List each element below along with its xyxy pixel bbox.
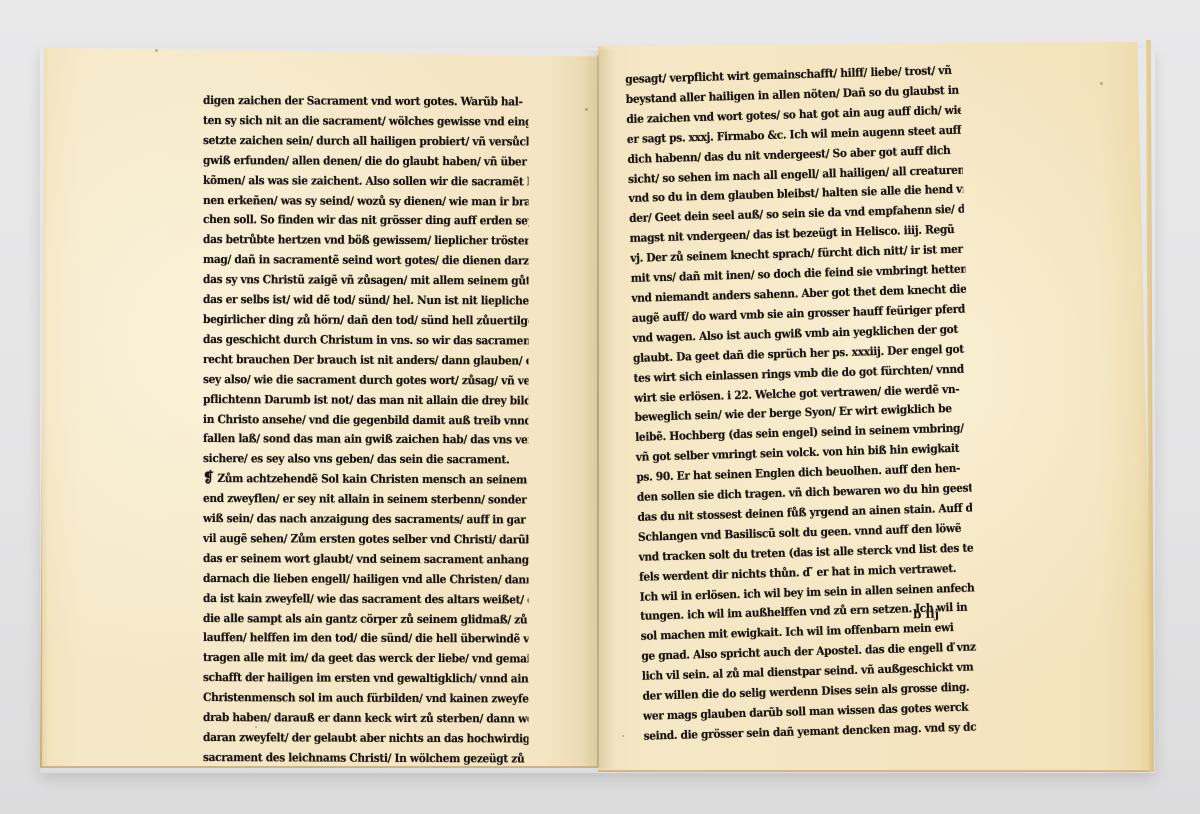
text-line: mag/ dañ in sacramentẽ seind wort gotes/… — [203, 250, 529, 271]
right-page-text: gesagt/ verpflicht wirt gemainschafft/ h… — [625, 61, 979, 747]
text-line: das geschicht durch Christum in vns. so … — [203, 330, 529, 351]
text-line: die alle sampt als ain gantz cörper zů s… — [203, 609, 529, 630]
text-line: lauffen/ helffen im den tod/ die sünd/ d… — [203, 628, 529, 649]
text-line: begirlicher ding zů hörn/ dañ den tod/ s… — [203, 310, 529, 331]
paper-speck — [622, 735, 624, 737]
text-line: chen soll. So finden wir das nit grösser… — [203, 210, 529, 231]
text-line: setzte zaichen sein/ durch all hailigen … — [203, 131, 529, 152]
text-line: das betrůbte hertzen vnd böß gewissem/ l… — [203, 230, 529, 251]
signature-mark: b iij — [913, 607, 939, 622]
text-line: darnach die lieben engell/ hailigen vnd … — [203, 569, 529, 590]
text-line: das sy vns Christũ zaigẽ vñ zůsagen/ mit… — [203, 270, 529, 291]
paragraph-mark-icon: ❡ — [203, 469, 214, 489]
text-line: das er selbs ist/ wid dẽ tod/ sünd/ hel.… — [203, 290, 529, 311]
paragraph-start-line: ❡Zům achtzehendẽ Sol kain Christen mensc… — [203, 469, 529, 490]
text-line: sichere/ es sey also vns geben/ das sein… — [203, 449, 529, 470]
text-line: tragen alle mit im/ da geet das werck de… — [203, 648, 529, 669]
text-line: gwiß erfunden/ allen denen/ die do glaub… — [203, 151, 529, 172]
book-gutter — [597, 55, 599, 767]
text-line: nen erkeñen/ was sy seind/ wozů sy diene… — [203, 191, 529, 212]
text-line: das er seinem wort glaubt/ vnd seinem sa… — [203, 549, 529, 570]
text-line: pflichtenn Darumb ist not/ das man nit a… — [203, 390, 529, 411]
text-line: vil augẽ sehen/ Zům ersten gotes selber … — [203, 529, 529, 550]
paper-speck — [585, 108, 588, 111]
text-line: Christenmensch sol im auch fürbilden/ vn… — [203, 688, 529, 709]
text-line: drab haben/ darauß er dann keck wirt zů … — [203, 708, 529, 729]
text-line: sey also/ wie die sacrament durch gotes … — [203, 370, 529, 391]
text-line: digen zaichen der Sacrament vnd wort got… — [203, 91, 529, 112]
text-line: Zům achtzehendẽ Sol kain Christen mensch… — [217, 471, 527, 486]
text-line: sacrament des leichnams Christi/ In wölc… — [203, 748, 529, 769]
text-line: daran zweyfelt/ der gelaubt aber nichts … — [203, 728, 529, 749]
left-page-text: digen zaichen der Sacrament vnd wort got… — [203, 91, 529, 769]
text-line: kõmen/ als was sie zaichent. Also sollen… — [203, 171, 529, 192]
text-line: end zweyflen/ er sey nit allain in seine… — [203, 489, 529, 510]
photo-scene: digen zaichen der Sacrament vnd wort got… — [0, 0, 1200, 814]
text-line: recht brauchen Der brauch ist nit anders… — [203, 350, 529, 371]
text-line: in Christo ansehe/ vnd die gegenbild dam… — [203, 410, 529, 431]
text-line: ten sy sich nit an die sacrament/ wölche… — [203, 111, 529, 132]
text-line: da ist kain zweyfell/ wie das sacrament … — [203, 589, 529, 610]
paper-speck — [155, 49, 158, 52]
text-line: schafft der hailigen im ersten vnd gewal… — [203, 668, 529, 689]
paper-speck — [1100, 82, 1103, 85]
text-line: fallen laß/ sond das man ain gwiß zaiche… — [203, 429, 529, 450]
text-line: wiß sein/ das nach anzaigung des sacrame… — [203, 509, 529, 530]
